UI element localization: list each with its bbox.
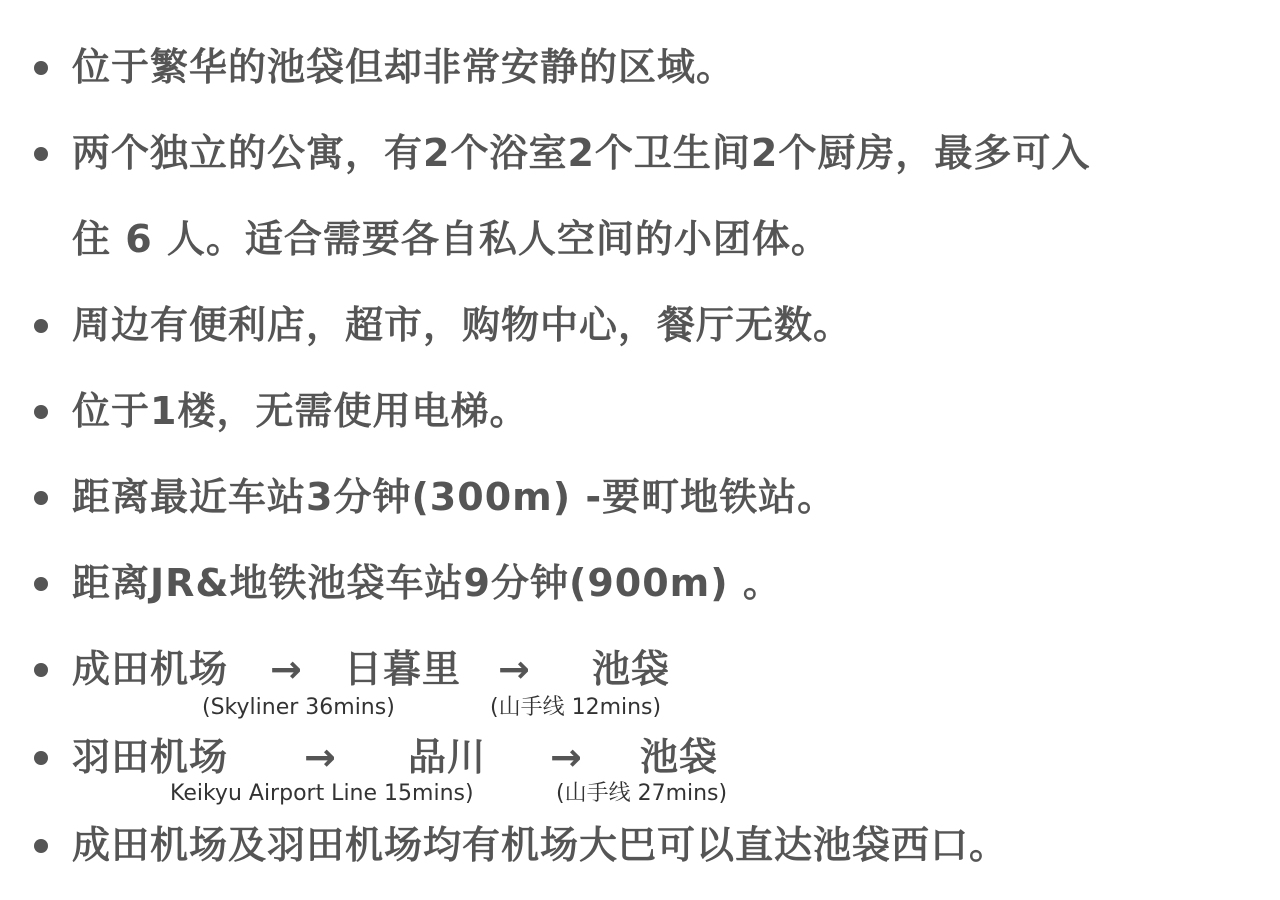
item-text: 位于1楼，无需使用电梯。 — [72, 392, 528, 430]
route-leg1-note: (Skyliner 36mins) — [202, 697, 395, 719]
bullet-icon — [34, 663, 48, 677]
route-leg2-note: (山手线 12mins) — [490, 697, 661, 719]
arrow-right-icon: → — [270, 650, 303, 688]
item-text: 距离JR&地铁池袋车站9分钟(900m) 。 — [72, 564, 782, 602]
item-text: 周边有便利店，超市，购物中心，餐厅无数。 — [72, 306, 852, 344]
list-item-narita-route: 成田机场 → 日暮里 → 池袋 (Skyliner 36mins) (山手线 1… — [0, 650, 1280, 730]
bullet-icon — [34, 751, 48, 765]
arrow-right-icon: → — [304, 738, 337, 776]
route-destination: 池袋 — [592, 650, 670, 688]
bullet-icon — [34, 839, 48, 853]
arrow-right-icon: → — [498, 650, 531, 688]
route-via: 日暮里 — [344, 650, 461, 688]
route-leg1-note: Keikyu Airport Line 15mins) — [170, 783, 474, 805]
route-leg2-note: (山手线 27mins) — [556, 783, 727, 805]
bullet-icon — [34, 319, 48, 333]
item-text: 成田机场及羽田机场均有机场大巴可以直达池袋西口。 — [72, 826, 1008, 864]
bullet-icon — [34, 61, 48, 75]
bullet-icon — [34, 405, 48, 419]
item-text: 位于繁华的池袋但却非常安静的区域。 — [72, 48, 735, 86]
route-origin: 成田机场 — [72, 650, 228, 688]
bullet-icon — [34, 577, 48, 591]
route-via: 品川 — [408, 738, 486, 776]
arrow-right-icon: → — [550, 738, 583, 776]
bullet-icon — [34, 491, 48, 505]
item-text: 距离最近车站3分钟(300m) -要町地铁站。 — [72, 478, 836, 516]
list-item-haneda-route: 羽田机场 → 品川 → 池袋 Keikyu Airport Line 15min… — [0, 738, 1280, 818]
route-origin: 羽田机场 — [72, 738, 228, 776]
item-text-line2: 住 6 人。适合需要各自私人空间的小团体。 — [72, 220, 830, 258]
item-text-line1: 两个独立的公寓，有2个浴室2个卫生间2个厨房，最多可入 — [72, 134, 1090, 172]
bullet-icon — [34, 147, 48, 161]
route-destination: 池袋 — [640, 738, 718, 776]
